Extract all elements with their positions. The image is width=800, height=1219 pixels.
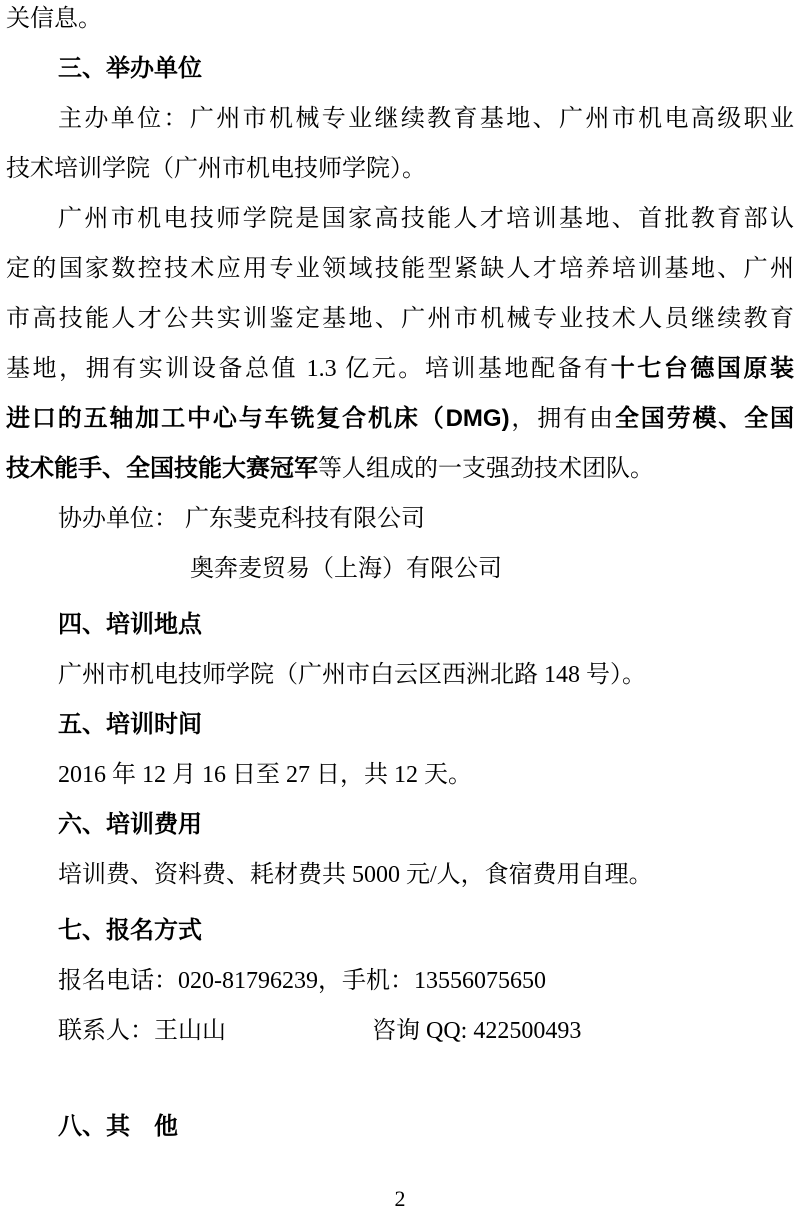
- heading-section-3: 三、举办单位: [6, 44, 794, 94]
- line-co-organizer-2: 奥奔麦贸易（上海）有限公司: [6, 544, 794, 594]
- line-time: 2016 年 12 月 16 日至 27 日，共 12 天。: [6, 750, 794, 800]
- text-segment: 全国劳模、全国: [615, 405, 794, 432]
- text-segment: 奥奔麦贸易（上海）有限公司: [190, 556, 502, 582]
- heading-section-5: 五、培训时间: [6, 700, 794, 750]
- line-location: 广州市机电技师学院（广州市白云区西洲北路 148 号）。: [6, 650, 794, 700]
- line-intro-4: 基地，拥有实训设备总值 1.3 亿元。培训基地配备有十七台德国原装: [6, 344, 794, 394]
- line-fee: 培训费、资料费、耗材费共 5000 元/人，食宿费用自理。: [6, 850, 794, 900]
- text-segment: 协办单位：: [58, 506, 178, 532]
- text-segment: 报名电话：020-81796239，手机：13556075650: [58, 968, 546, 994]
- line-host-unit-1: 主办单位：广州市机械专业继续教育基地、广州市机电高级职业: [6, 94, 794, 144]
- text-segment: 关信息。: [6, 6, 102, 32]
- line-intro-2: 定的国家数控技术应用专业领域技能型紧缺人才培养培训基地、广州: [6, 244, 794, 294]
- text-segment: 进口的五轴加工中心与车铣复合机床（DMG): [6, 405, 510, 432]
- text-segment: 2016 年 12 月 16 日至 27 日，共 12 天。: [58, 762, 472, 788]
- text-segment: 四、培训地点: [58, 611, 202, 638]
- text-segment: 主办单位：广州市机械专业继续教育基地、广州市机电高级职业: [58, 106, 794, 132]
- heading-section-8: 八、其 他: [6, 1102, 794, 1152]
- line-intro-6: 技术能手、全国技能大赛冠军等人组成的一支强劲技术团队。: [6, 444, 794, 494]
- heading-section-4: 四、培训地点: [6, 600, 794, 650]
- text-segment: 广州市机电技师学院（广州市白云区西洲北路 148 号）。: [58, 662, 646, 688]
- text-segment: 等人组成的一支强劲技术团队。: [318, 456, 654, 482]
- line-continuation: 关信息。: [6, 0, 794, 44]
- line-phone: 报名电话：020-81796239，手机：13556075650: [6, 956, 794, 1006]
- text-segment: 培训费、资料费、耗材费共 5000 元/人，食宿费用自理。: [58, 862, 653, 888]
- text-segment: 六、培训费用: [58, 811, 202, 838]
- page-number: 2: [0, 1185, 800, 1213]
- text-segment: 广州市机电技师学院是国家高技能人才培训基地、首批教育部认: [58, 206, 794, 232]
- text-segment: 定的国家数控技术应用专业领域技能型紧缺人才培养培训基地、广州: [6, 256, 794, 282]
- text-segment: 技术能手、全国技能大赛冠军: [6, 455, 318, 482]
- line-host-unit-2: 技术培训学院（广州市机电技师学院）。: [6, 144, 794, 194]
- line-contact: 联系人：王山山咨询 QQ: 422500493: [6, 1006, 794, 1056]
- document-page: 关信息。三、举办单位主办单位：广州市机械专业继续教育基地、广州市机电高级职业技术…: [0, 0, 800, 1219]
- text-segment: 技术培训学院（广州市机电技师学院）。: [6, 156, 426, 182]
- text-segment: 十七台德国原装: [611, 355, 794, 382]
- text-segment: 基地，拥有实训设备总值 1.3 亿元。培训基地配备有: [6, 356, 611, 382]
- text-segment: 市高技能人才公共实训鉴定基地、广州市机械专业技术人员继续教育: [6, 306, 794, 332]
- text-segment: 咨询 QQ: 422500493: [372, 1006, 581, 1056]
- text-segment: 八、其 他: [58, 1113, 178, 1140]
- text-segment: 广东斐克科技有限公司: [185, 494, 425, 544]
- text-segment: 五、培训时间: [58, 711, 202, 738]
- heading-section-7: 七、报名方式: [6, 906, 794, 956]
- text-segment: ，拥有由: [510, 406, 615, 432]
- line-intro-5: 进口的五轴加工中心与车铣复合机床（DMG)，拥有由全国劳模、全国: [6, 394, 794, 444]
- text-segment: 联系人：王山山: [58, 1018, 226, 1044]
- heading-section-6: 六、培训费用: [6, 800, 794, 850]
- line-co-organizer-1: 协办单位：广东斐克科技有限公司: [6, 494, 794, 544]
- text-segment: 七、报名方式: [58, 917, 202, 944]
- line-intro-3: 市高技能人才公共实训鉴定基地、广州市机械专业技术人员继续教育: [6, 294, 794, 344]
- document-body: 关信息。三、举办单位主办单位：广州市机械专业继续教育基地、广州市机电高级职业技术…: [6, 0, 794, 1152]
- line-intro-1: 广州市机电技师学院是国家高技能人才培训基地、首批教育部认: [6, 194, 794, 244]
- text-segment: 三、举办单位: [58, 55, 202, 82]
